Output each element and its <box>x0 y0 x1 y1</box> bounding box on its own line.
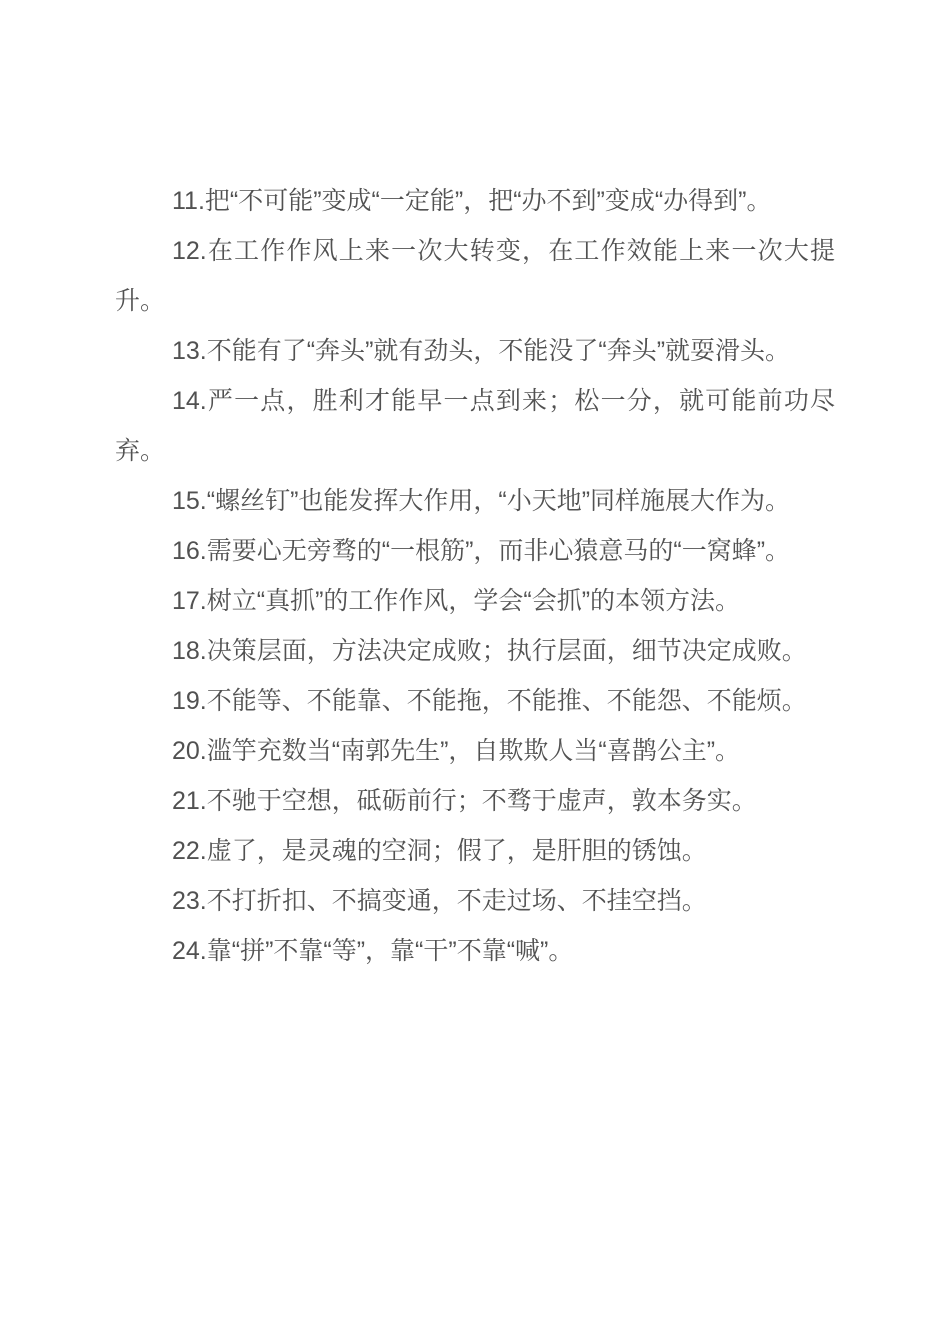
paragraph-item-17: 17.树立“真抓”的工作作风，学会“会抓”的本领方法。 <box>115 576 835 626</box>
paragraph-item-11: 11.把“不可能”变成“一定能”，把“办不到”变成“办得到”。 <box>115 176 835 226</box>
paragraph-item-15: 15.“螺丝钉”也能发挥大作用，“小天地”同样施展大作为。 <box>115 476 835 526</box>
paragraph-item-18: 18.决策层面，方法决定成败；执行层面，细节决定成败。 <box>115 626 835 676</box>
document-page: 11.把“不可能”变成“一定能”，把“办不到”变成“办得到”。 12.在工作作风… <box>0 0 950 1344</box>
paragraph-item-16: 16.需要心无旁骛的“一根筋”，而非心猿意马的“一窝蜂”。 <box>115 526 835 576</box>
paragraph-item-12: 12.在工作作风上来一次大转变，在工作效能上来一次大提升。 <box>115 226 835 326</box>
paragraph-item-14: 14.严一点，胜利才能早一点到来；松一分，就可能前功尽弃。 <box>115 376 835 476</box>
paragraph-item-22: 22.虚了，是灵魂的空洞；假了，是肝胆的锈蚀。 <box>115 826 835 876</box>
paragraph-item-19: 19.不能等、不能靠、不能拖，不能推、不能怨、不能烦。 <box>115 676 835 726</box>
paragraph-item-21: 21.不驰于空想，砥砺前行；不骛于虚声，敦本务实。 <box>115 776 835 826</box>
paragraph-item-24: 24.靠“拼”不靠“等”，靠“干”不靠“喊”。 <box>115 926 835 976</box>
paragraph-item-20: 20.滥竽充数当“南郭先生”，自欺欺人当“喜鹊公主”。 <box>115 726 835 776</box>
paragraph-item-13: 13.不能有了“奔头”就有劲头，不能没了“奔头”就耍滑头。 <box>115 326 835 376</box>
paragraph-item-23: 23.不打折扣、不搞变通，不走过场、不挂空挡。 <box>115 876 835 926</box>
